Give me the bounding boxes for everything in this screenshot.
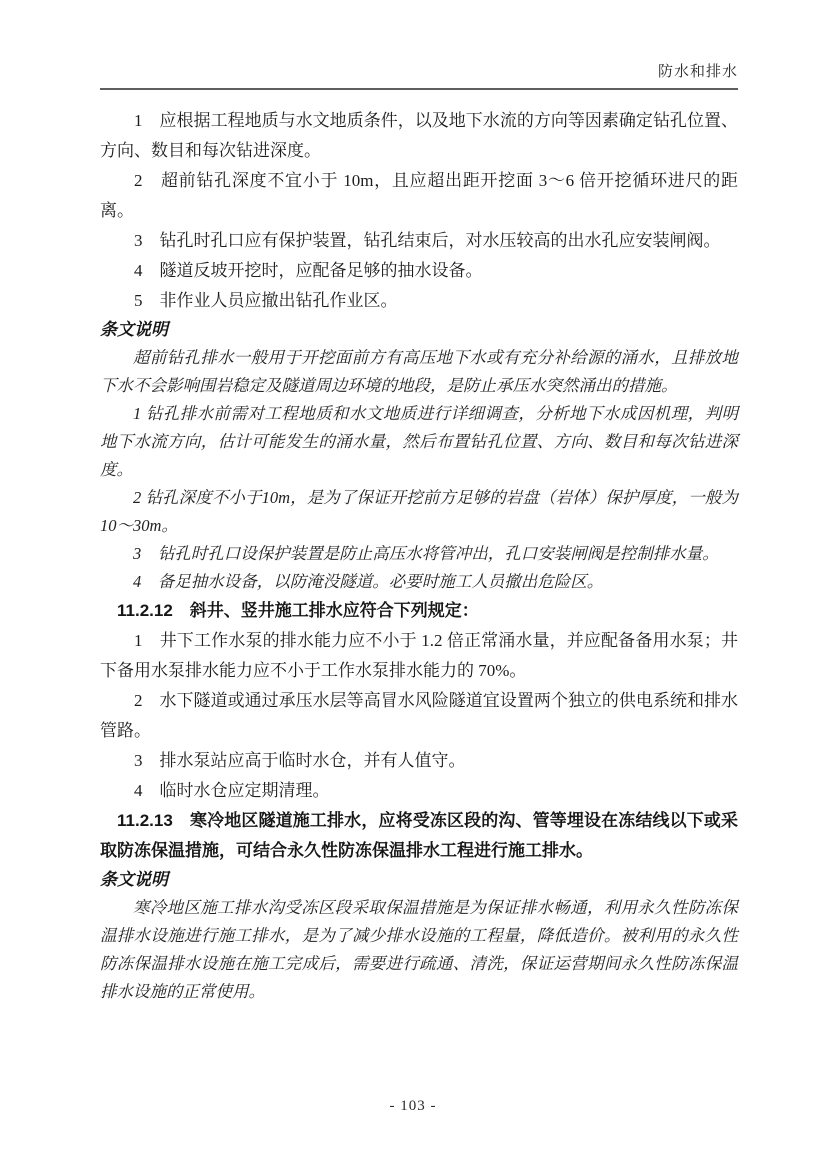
list-item: 1 应根据工程地质与水文地质条件，以及地下水流的方向等因素确定钻孔位置、方向、数… bbox=[100, 106, 738, 166]
clause-heading: 11.2.13 寒冷地区隧道施工排水，应将受冻区段的沟、管等埋设在冻结线以下或采… bbox=[100, 806, 738, 866]
explanation-paragraph: 4 备足抽水设备，以防淹没隧道。必要时施工人员撤出危险区。 bbox=[100, 568, 738, 596]
list-item: 3 排水泵站应高于临时水仓，并有人值守。 bbox=[100, 746, 738, 776]
list-item: 4 隧道反坡开挖时，应配备足够的抽水设备。 bbox=[100, 256, 738, 286]
running-header: 防水和排水 bbox=[100, 60, 738, 90]
list-item: 5 非作业人员应撤出钻孔作业区。 bbox=[100, 286, 738, 316]
explanation-heading: 条文说明 bbox=[100, 316, 738, 344]
page-footer: - 103 - bbox=[0, 1098, 826, 1115]
explanation-heading: 条文说明 bbox=[100, 866, 738, 894]
explanation-paragraph: 1 钻孔排水前需对工程地质和水文地质进行详细调查，分析地下水成因机理，判明地下水… bbox=[100, 400, 738, 484]
document-page: 防水和排水 1 应根据工程地质与水文地质条件，以及地下水流的方向等因素确定钻孔位… bbox=[0, 0, 826, 1169]
clause-heading: 11.2.12 斜井、竖井施工排水应符合下列规定： bbox=[100, 596, 738, 626]
list-item: 4 临时水仓应定期清理。 bbox=[100, 776, 738, 806]
page-number: - 103 - bbox=[390, 1098, 437, 1114]
page-content: 1 应根据工程地质与水文地质条件，以及地下水流的方向等因素确定钻孔位置、方向、数… bbox=[100, 106, 738, 1006]
list-item: 1 井下工作水泵的排水能力应不小于 1.2 倍正常涌水量，并应配备备用水泵；井下… bbox=[100, 626, 738, 686]
list-item: 2 水下隧道或通过承压水层等高冒水风险隧道宜设置两个独立的供电系统和排水管路。 bbox=[100, 686, 738, 746]
running-header-title: 防水和排水 bbox=[658, 63, 738, 80]
explanation-paragraph: 超前钻孔排水一般用于开挖面前方有高压地下水或有充分补给源的涌水，且排放地下水不会… bbox=[100, 344, 738, 400]
explanation-paragraph: 3 钻孔时孔口设保护装置是防止高压水将管冲出，孔口安装闸阀是控制排水量。 bbox=[100, 540, 738, 568]
explanation-paragraph: 寒冷地区施工排水沟受冻区段采取保温措施是为保证排水畅通，利用永久性防冻保温排水设… bbox=[100, 894, 738, 1006]
explanation-paragraph: 2 钻孔深度不小于10m，是为了保证开挖前方足够的岩盘（岩体）保护厚度，一般为1… bbox=[100, 484, 738, 540]
list-item: 3 钻孔时孔口应有保护装置，钻孔结束后，对水压较高的出水孔应安装闸阀。 bbox=[100, 226, 738, 256]
list-item: 2 超前钻孔深度不宜小于 10m，且应超出距开挖面 3～6 倍开挖循环进尺的距离… bbox=[100, 166, 738, 226]
